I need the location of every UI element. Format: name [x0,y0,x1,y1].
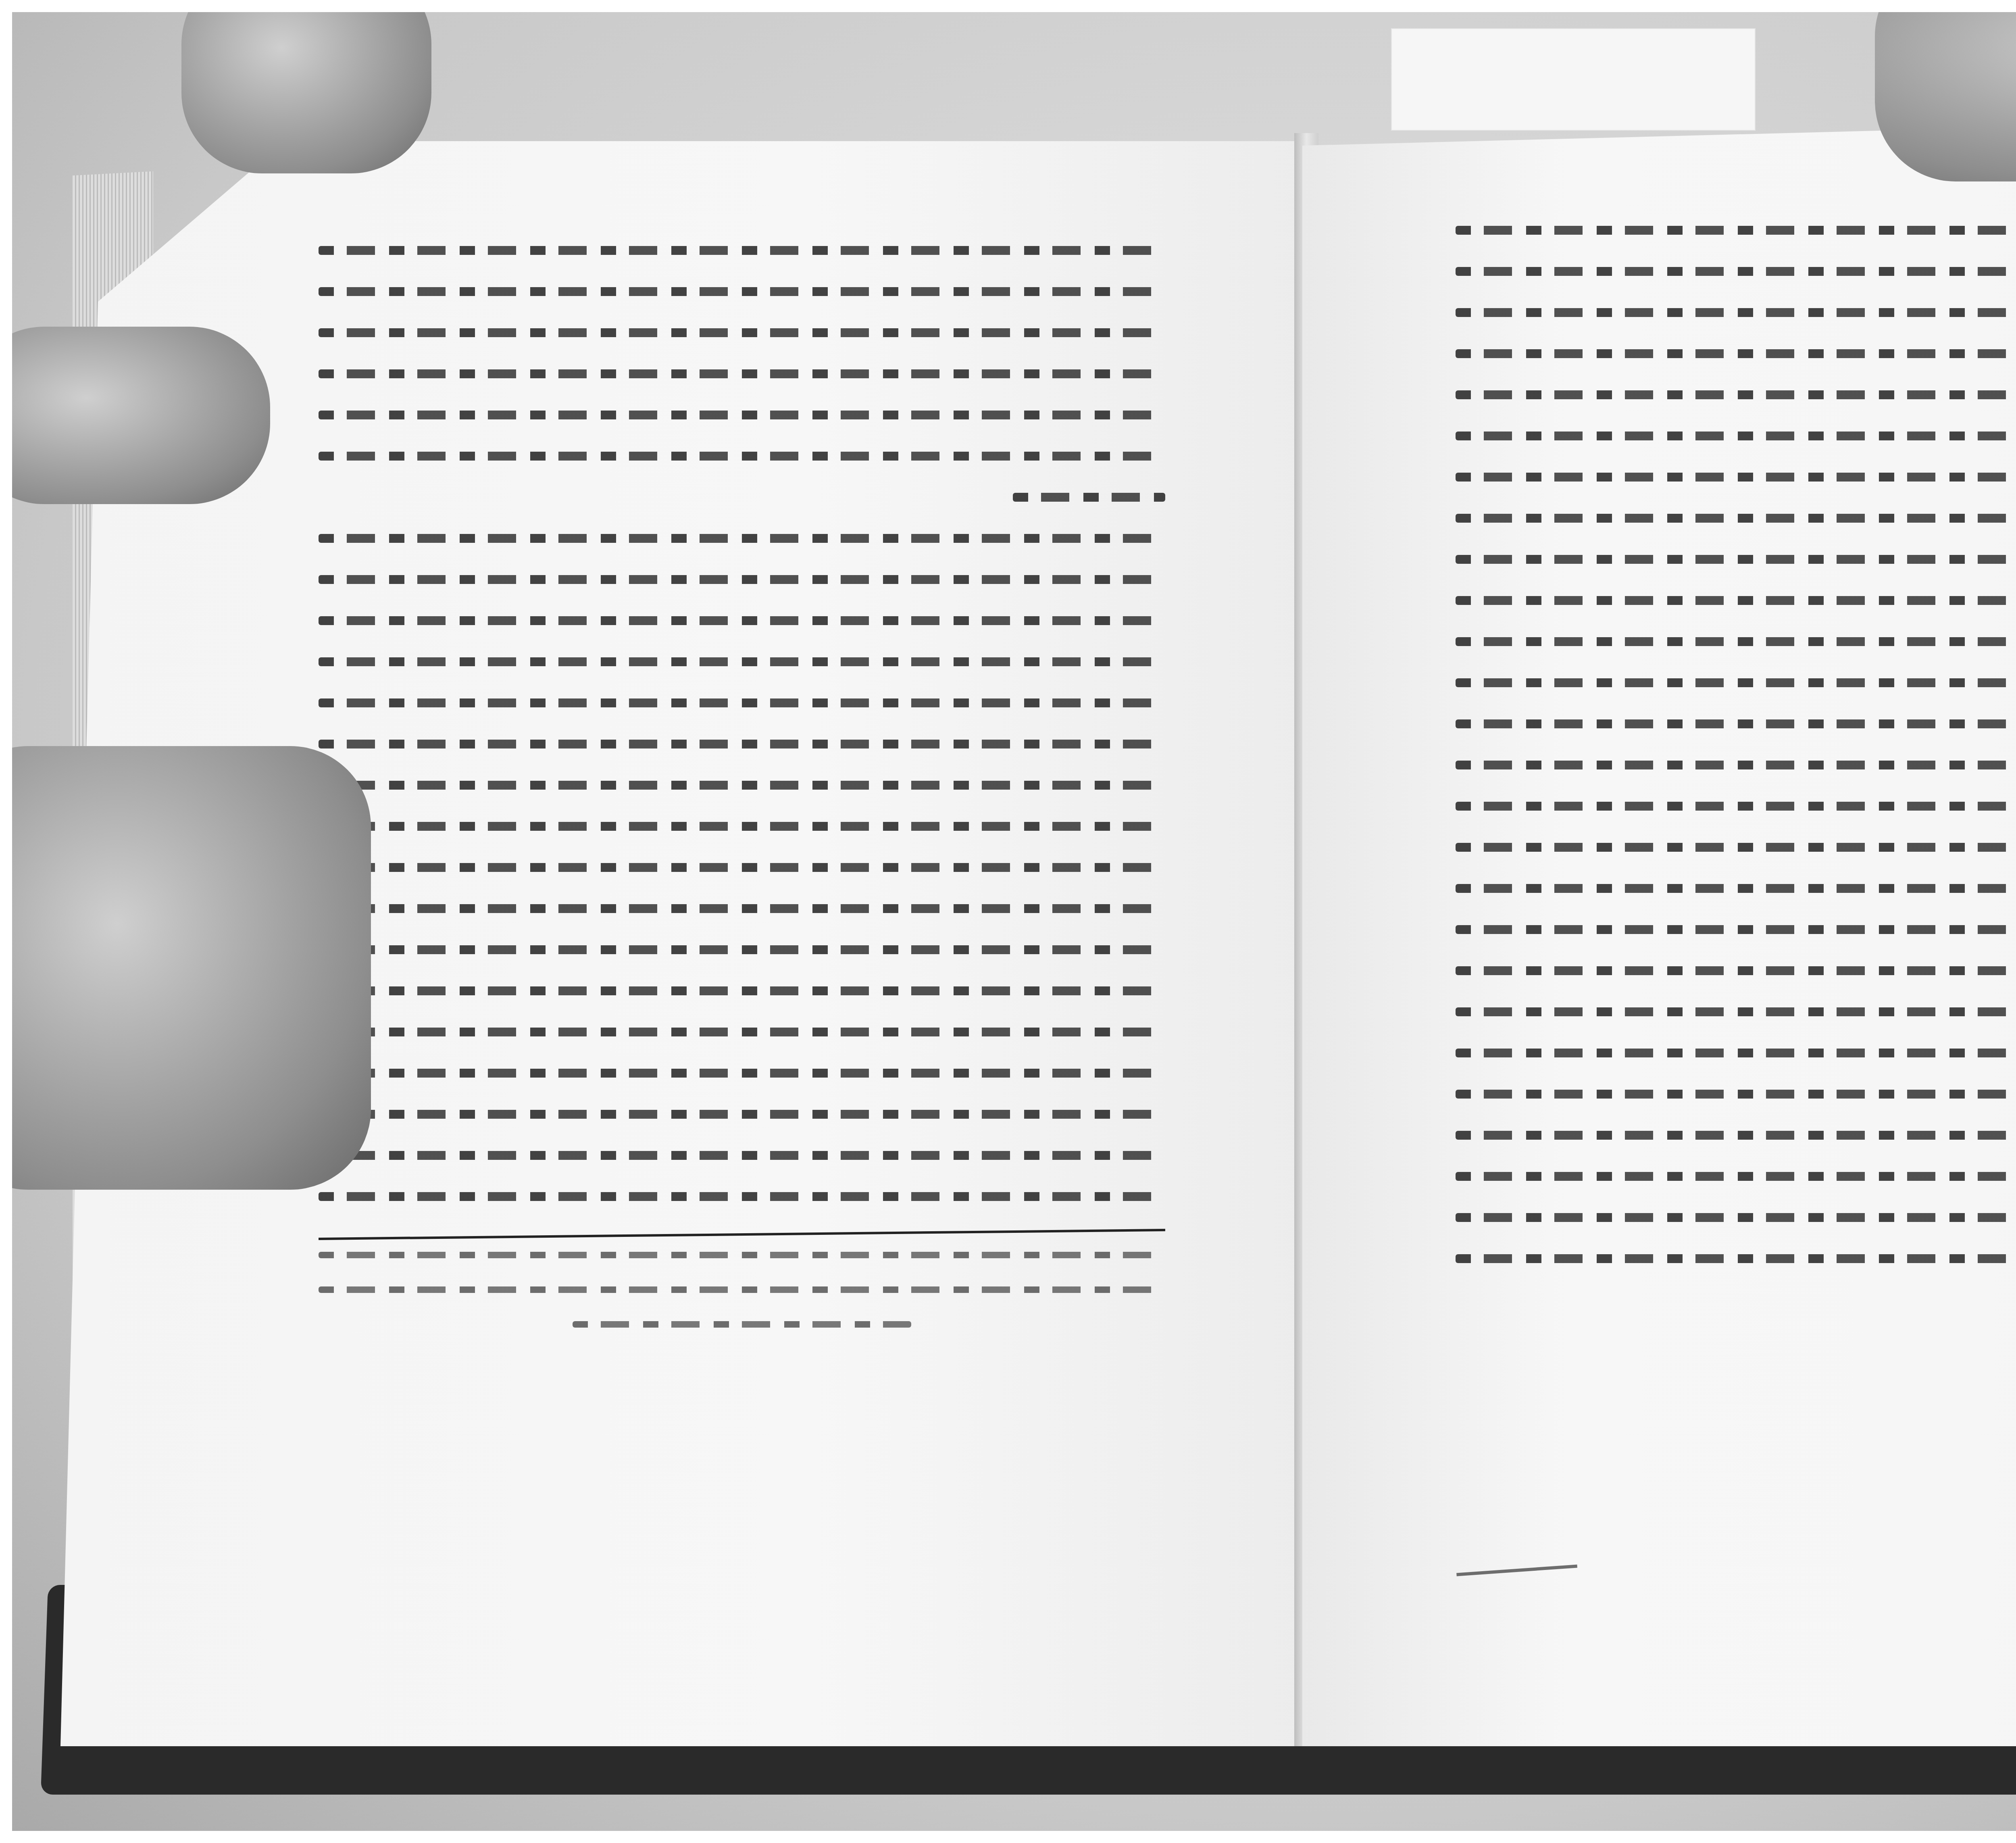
text-line [319,1110,1165,1119]
text-line [1456,1007,2016,1016]
text-line [319,328,1165,337]
text-line [1456,843,2016,852]
text-line [319,1069,1165,1078]
left-page-text [319,246,1165,1328]
footnote-line [319,1252,1165,1258]
text-line [319,781,1165,790]
text-line [1456,1049,2016,1057]
text-line [1456,226,2016,235]
text-line [1456,925,2016,934]
text-line [319,575,1165,584]
hand-top-left [181,12,431,173]
text-line [1456,637,2016,646]
text-line [319,863,1165,872]
text-line [1456,678,2016,687]
text-line [1456,555,2016,564]
text-line [319,246,1165,255]
text-line [319,945,1165,954]
text-line [1456,308,2016,317]
photo-frame: ₰ annotation (illegible) [12,12,2016,1831]
text-line [1456,432,2016,440]
text-line [1456,802,2016,811]
text-line [1456,1090,2016,1099]
text-line [319,287,1165,296]
text-line [1456,1254,2016,1263]
text-line [319,657,1165,666]
text-line [319,534,1165,543]
text-line [1456,514,2016,523]
text-line [319,698,1165,707]
footnote-line [573,1321,911,1328]
hand-left-lower [12,746,371,1190]
text-line [319,411,1165,419]
text-line [319,904,1165,913]
text-line [1456,1213,2016,1222]
footnote-line [319,1286,1165,1293]
text-line [1456,390,2016,399]
text-line [1456,596,2016,605]
text-line [319,822,1165,831]
right-page [1302,113,2016,1746]
text-line [1456,349,2016,358]
text-line [1456,267,2016,276]
text-line [319,1192,1165,1201]
right-page-text [1456,226,2016,1295]
text-line [319,452,1165,461]
text-line [1456,966,2016,975]
footnotes [319,1252,1165,1328]
text-line [1456,1172,2016,1181]
text-line [319,369,1165,378]
text-line [319,740,1165,748]
text-line [1013,493,1165,502]
text-line [319,986,1165,995]
text-line [319,616,1165,625]
text-line [1456,473,2016,482]
footnote-rule [319,1229,1165,1240]
text-line [1456,761,2016,769]
hand-left-middle [12,327,270,504]
text-line [319,1028,1165,1036]
paper-label [1391,28,1756,131]
text-line [1456,884,2016,893]
text-line [1456,719,2016,728]
text-line [1456,1131,2016,1140]
text-line [319,1151,1165,1160]
